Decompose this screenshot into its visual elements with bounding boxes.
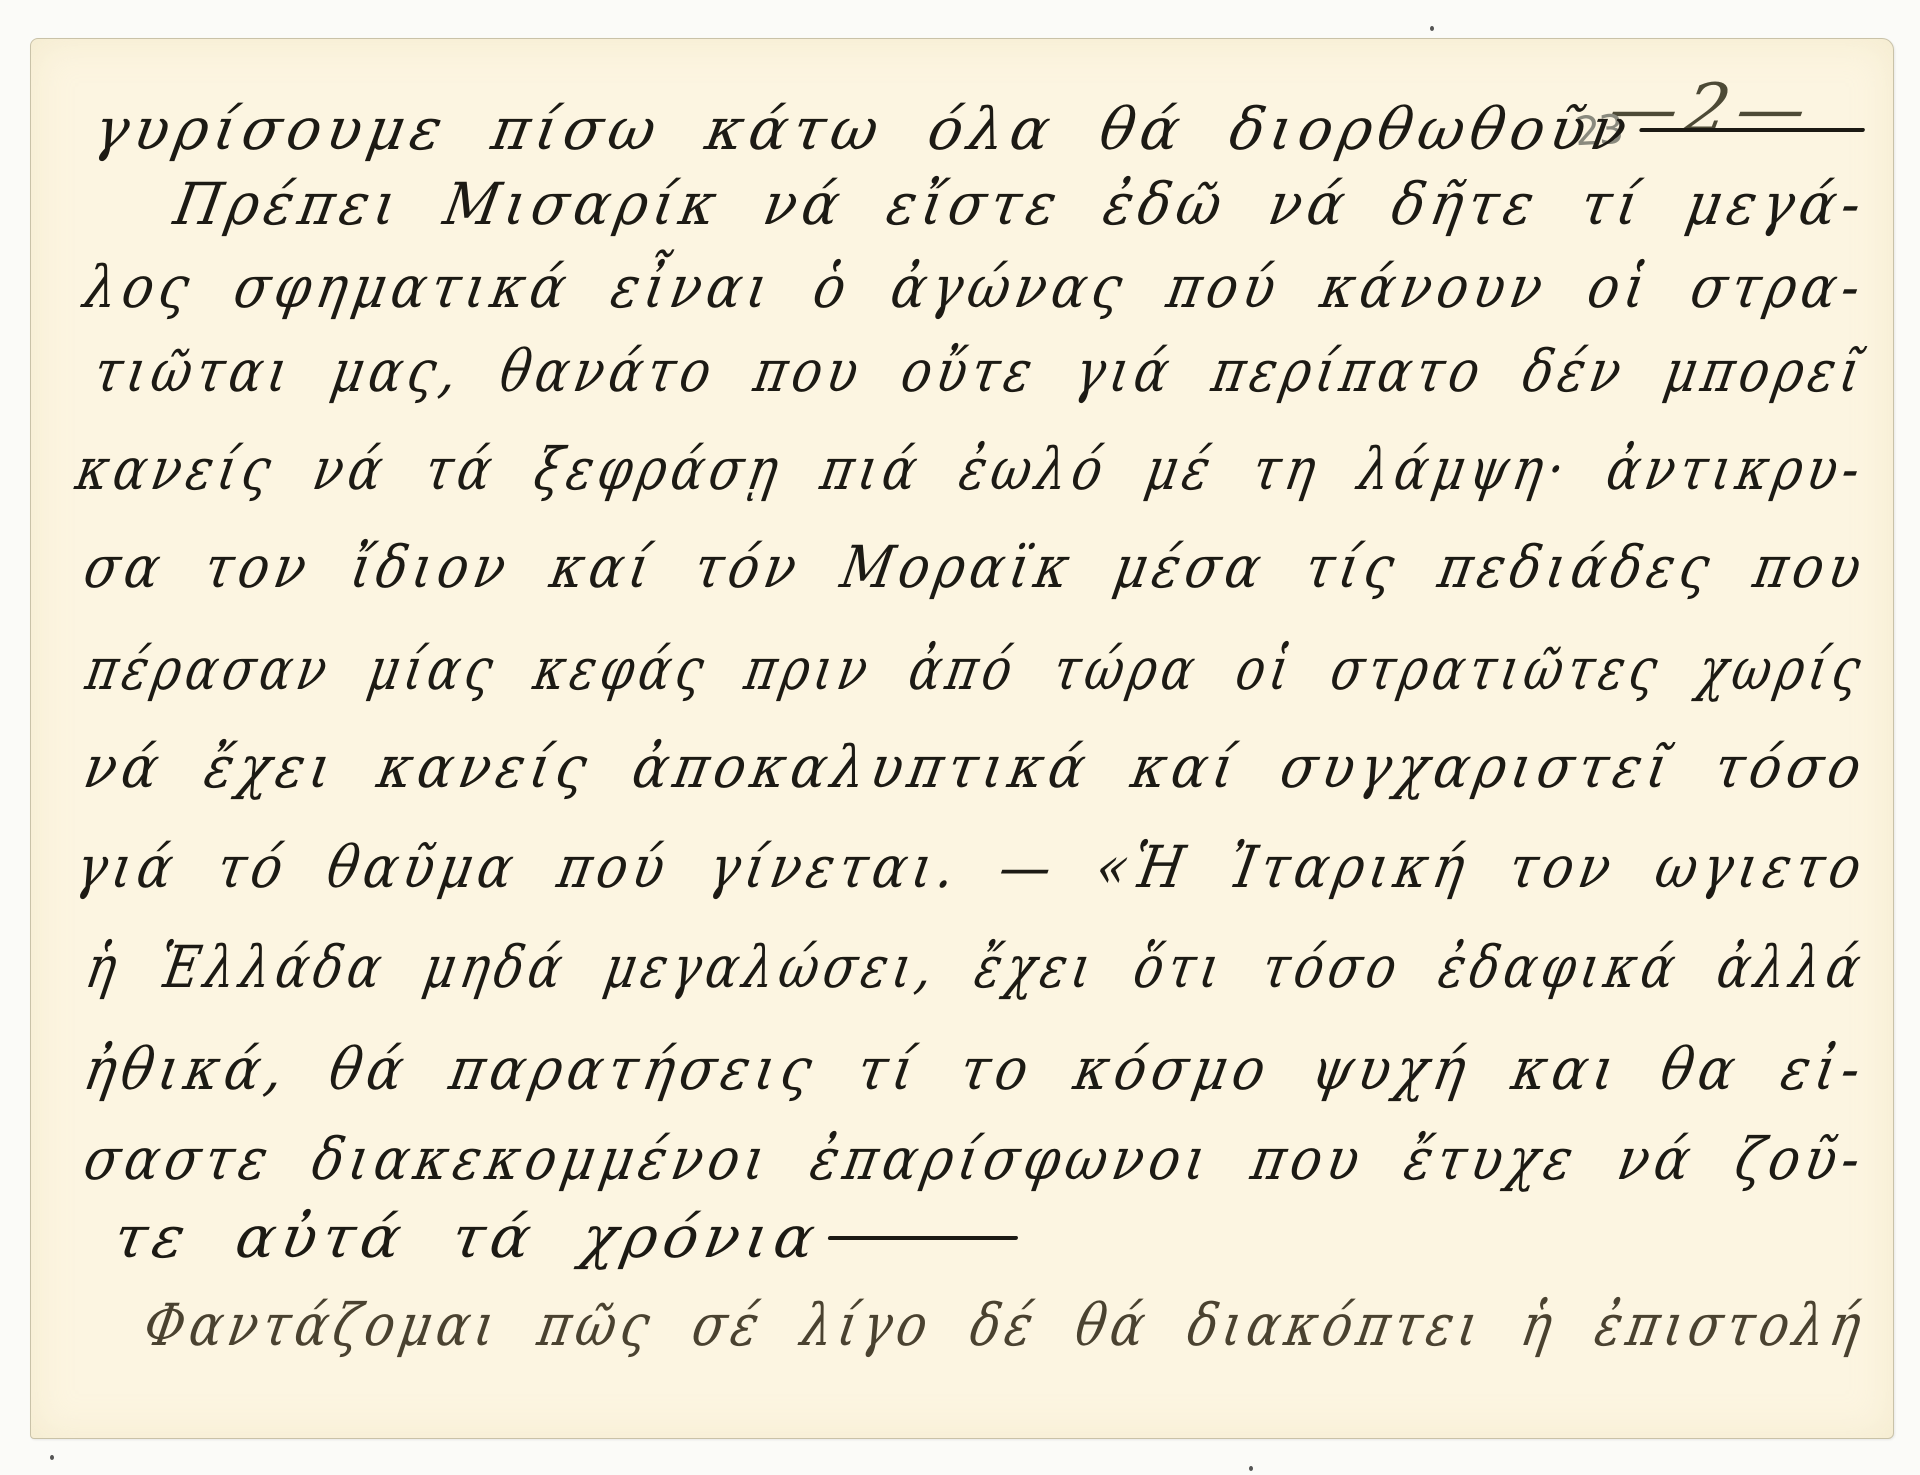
line-text: τιῶται μας, θανάτο που οὔτε γιά περίπατο… <box>89 337 1871 405</box>
handwritten-line-12: σαστε διακεκομμένοι ἐπαρίσφωνοι που ἔτυχ… <box>80 1130 1870 1188</box>
handwritten-line-9: γιά τό θαῦμα πού γίνεται. — «Ἡ Ἰταρική τ… <box>72 838 1871 896</box>
paper-speck <box>1249 1466 1253 1471</box>
handwritten-line-6: σα τον ἴδιον καί τόν Μοραϊκ μέσα τίς πεδ… <box>80 538 1871 596</box>
paper-speck <box>1430 26 1434 31</box>
line-text: Φαντάζομαι πῶς σέ λίγο δέ θά διακόπτει ἡ… <box>139 1291 1871 1359</box>
handwritten-line-11: ἠθικά, θά παρατήσεις τί το κόσμο ψυχή κα… <box>80 1040 1870 1098</box>
handwritten-line-13: τε αὐτά τά χρόνια <box>110 1208 1023 1266</box>
handwritten-line-8: νά ἔχει κανείς ἀποκαλυπτικά καί συγχαρισ… <box>80 738 1871 796</box>
line-text: νά ἔχει κανείς ἀποκαλυπτικά καί συγχαρισ… <box>79 733 1872 801</box>
line-text: σα τον ἴδιον καί τόν Μοραϊκ μέσα τίς πεδ… <box>79 533 1871 601</box>
line-text: κανείς νά τά ξεφράσῃ πιά ἐωλό μέ τη λάμψ… <box>71 435 1870 503</box>
line-text: πέρασαν μίας κεφάς πριν ἀπό τώρα οἱ στρα… <box>81 635 1870 703</box>
handwritten-line-1: γυρίσουμε πίσω κάτω όλα θά διορθωθοῦν <box>90 100 1870 158</box>
line-text: τε αὐτά τά χρόνια <box>109 1203 826 1271</box>
line-text: σαστε διακεκομμένοι ἐπαρίσφωνοι που ἔτυχ… <box>79 1125 1871 1193</box>
line-text: ἡ Ἑλλάδα μηδά μεγαλώσει, ἔχει ὅτι τόσο ἐ… <box>81 933 1871 1001</box>
line-dash <box>1639 128 1865 132</box>
line-text: γυρίσουμε πίσω κάτω όλα θά διορθωθοῦν <box>89 95 1638 163</box>
handwritten-line-2: Πρέπει Μισαρίκ νά εἴστε ἐδῶ νά δῆτε τί μ… <box>170 175 1871 233</box>
paper-speck <box>50 1455 54 1460</box>
handwritten-line-7: πέρασαν μίας κεφάς πριν ἀπό τώρα οἱ στρα… <box>82 640 1870 698</box>
line-text: ἠθικά, θά παρατήσεις τί το κόσμο ψυχή κα… <box>79 1035 1871 1103</box>
line-text: γιά τό θαῦμα πού γίνεται. — «Ἡ Ἰταρική τ… <box>71 833 1872 901</box>
line-text: Πρέπει Μισαρίκ νά εἴστε ἐδῶ νά δῆτε τί μ… <box>169 170 1872 238</box>
line-text: λος σφηματικά εἶναι ὁ ἀγώνας πού κάνουν … <box>79 253 1871 321</box>
handwritten-line-4: τιῶται μας, θανάτο που οὔτε γιά περίπατο… <box>90 342 1870 400</box>
handwritten-line-10: ἡ Ἑλλάδα μηδά μεγαλώσει, ἔχει ὅτι τόσο ἐ… <box>82 938 1870 996</box>
handwritten-line-3: λος σφηματικά εἶναι ὁ ἀγώνας πού κάνουν … <box>80 258 1870 316</box>
handwritten-line-5: κανείς νά τά ξεφράσῃ πιά ἐωλό μέ τη λάμψ… <box>72 440 1869 498</box>
handwritten-line-14: Φαντάζομαι πῶς σέ λίγο δέ θά διακόπτει ἡ… <box>140 1296 1870 1354</box>
line-dash <box>827 1236 1018 1240</box>
